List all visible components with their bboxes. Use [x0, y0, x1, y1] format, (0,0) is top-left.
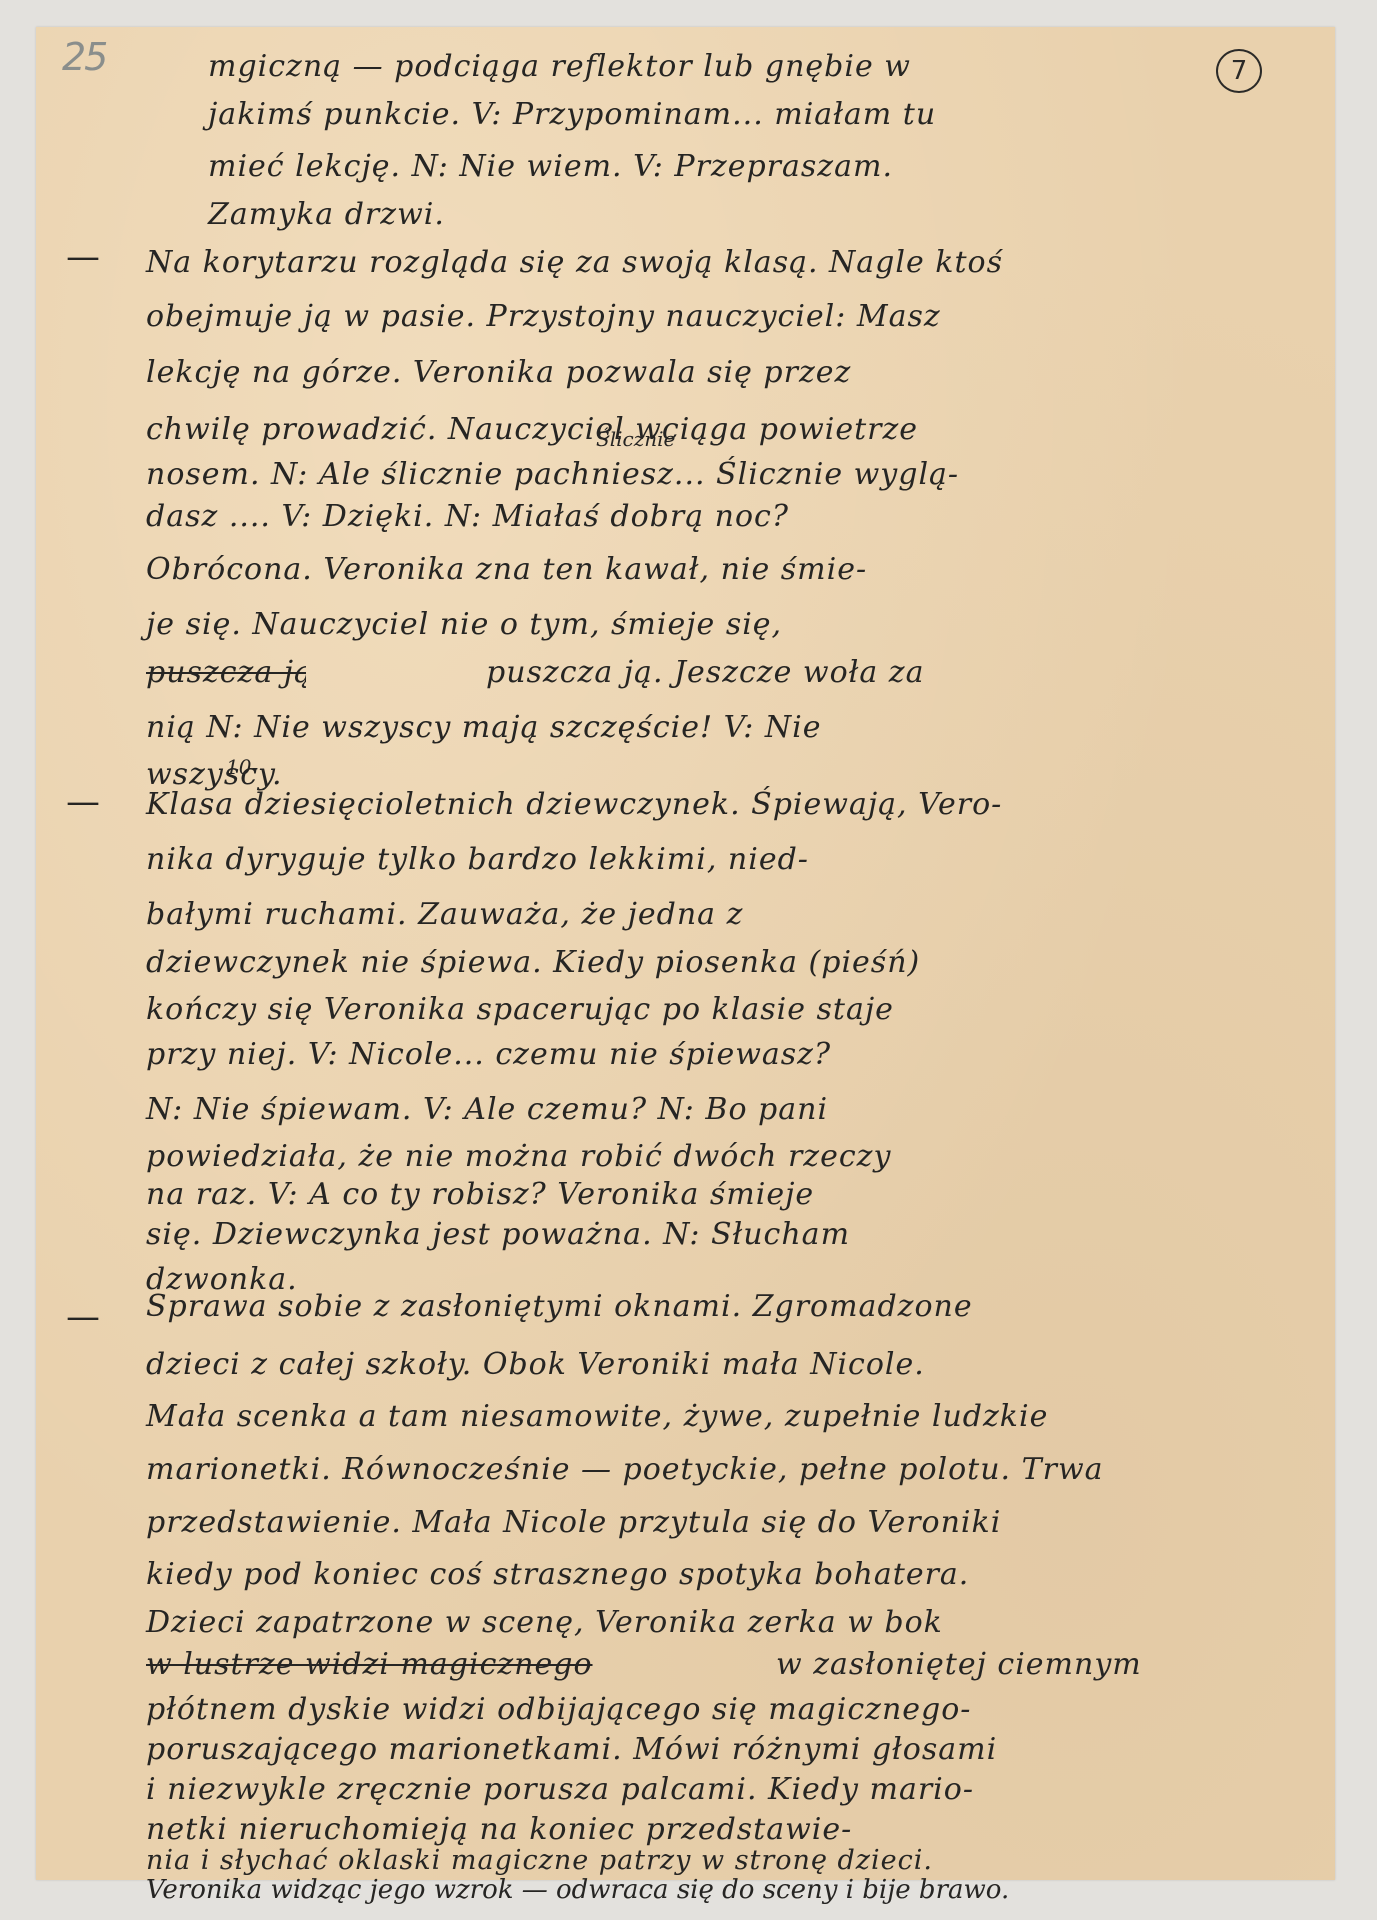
text-line: na raz. V: A co ty robisz? Veronika śmie… — [146, 1177, 814, 1212]
struck-text: w lustrze widzi magicznego — [146, 1647, 593, 1682]
text-line: płótnem dyskie widzi odbijającego się ma… — [146, 1692, 971, 1727]
text-line: Veronika widząc jego wzrok — odwraca się… — [146, 1875, 1009, 1905]
text-line: się. Dziewczynka jest poważna. N: Słucha… — [146, 1217, 850, 1252]
text-line: nika dyryguje tylko bardzo lekkimi, nied… — [146, 842, 809, 877]
text-line: netki nieruchomieją na koniec przedstawi… — [146, 1812, 852, 1847]
text-line: i niezwykle zręcznie porusza palcami. Ki… — [146, 1772, 974, 1807]
text-line: poruszającego marionetkami. Mówi różnymi… — [146, 1732, 997, 1767]
text-line: przedstawienie. Mała Nicole przytula się… — [146, 1505, 1001, 1540]
text-line: N: Nie śpiewam. V: Ale czemu? N: Bo pani — [146, 1092, 828, 1127]
text-line: puszcza ją. Jeszcze woła za — [486, 655, 924, 690]
text-line: mgiczną — podciąga reflektor lub gnębie … — [208, 49, 911, 84]
text-line: Mała scenka a tam niesamowite, żywe, zup… — [146, 1399, 1048, 1434]
text-line: Dzieci zapatrzone w scenę, Veronika zerk… — [146, 1605, 943, 1640]
text-line: lekcję na górze. Veronika pozwala się pr… — [146, 355, 851, 390]
text-line: Sprawa sobie z zasłoniętymi oknami. Zgro… — [146, 1289, 973, 1324]
text-line: przy niej. V: Nicole... czemu nie śpiewa… — [146, 1037, 831, 1072]
paragraph-dash: — — [66, 782, 100, 822]
manuscript-page: 25 7 mgiczną — podciąga reflektor lub gn… — [36, 27, 1335, 1880]
text-line: nosem. N: Ale ślicznie pachniesz... Ślic… — [146, 457, 959, 492]
text-line: kończy się Veronika spacerując po klasie… — [146, 992, 894, 1027]
text-line: chwilę prowadzić. Nauczyciel wciąga powi… — [146, 412, 918, 447]
page-number-value: 7 — [1231, 56, 1248, 86]
struck-text: puszcza ją — [146, 655, 306, 690]
text-line: mieć lekcję. N: Nie wiem. V: Przepraszam… — [208, 149, 893, 184]
text-line: bałymi ruchami. Zauważa, że jedna z — [146, 897, 743, 932]
text-line: Na korytarzu rozgląda się za swoją klasą… — [146, 245, 1003, 280]
text-line: Obrócona. Veronika zna ten kawał, nie śm… — [146, 552, 867, 587]
text-line: kiedy pod koniec coś strasznego spotyka … — [146, 1557, 969, 1592]
paragraph-dash: — — [66, 237, 100, 277]
text-line: powiedziała, że nie można robić dwóch rz… — [146, 1139, 891, 1174]
text-line: je się. Nauczyciel nie o tym, śmieje się… — [146, 607, 782, 642]
text-line: nią N: Nie wszyscy mają szczęście! V: Ni… — [146, 710, 821, 745]
text-line: dasz .... V: Dzięki. N: Miałaś dobrą noc… — [146, 499, 789, 534]
text-line: nia i słychać oklaski magiczne patrzy w … — [146, 1845, 933, 1876]
page-number-circled: 7 — [1216, 49, 1262, 93]
text-line: Klasa dziesięcioletnich dziewczynek. Śpi… — [146, 787, 1002, 822]
archive-number: 25 — [62, 35, 106, 79]
text-line: obejmuje ją w pasie. Przystojny nauczyci… — [146, 299, 941, 334]
insertion-above-line: Ślicznie — [596, 427, 675, 451]
text-line: dziewczynek nie śpiewa. Kiedy piosenka (… — [146, 945, 920, 980]
text-line: jakimś punkcie. V: Przypominam... miałam… — [208, 97, 936, 132]
text-line: dzieci z całej szkoły. Obok Veroniki mał… — [146, 1347, 925, 1382]
text-line: marionetki. Równocześnie — poetyckie, pe… — [146, 1452, 1104, 1487]
paragraph-dash: — — [66, 1297, 100, 1337]
insertion-above-line: 10- — [226, 755, 258, 779]
text-line: Zamyka drzwi. — [208, 197, 445, 232]
text-line: w zasłoniętej ciemnym — [776, 1647, 1142, 1682]
